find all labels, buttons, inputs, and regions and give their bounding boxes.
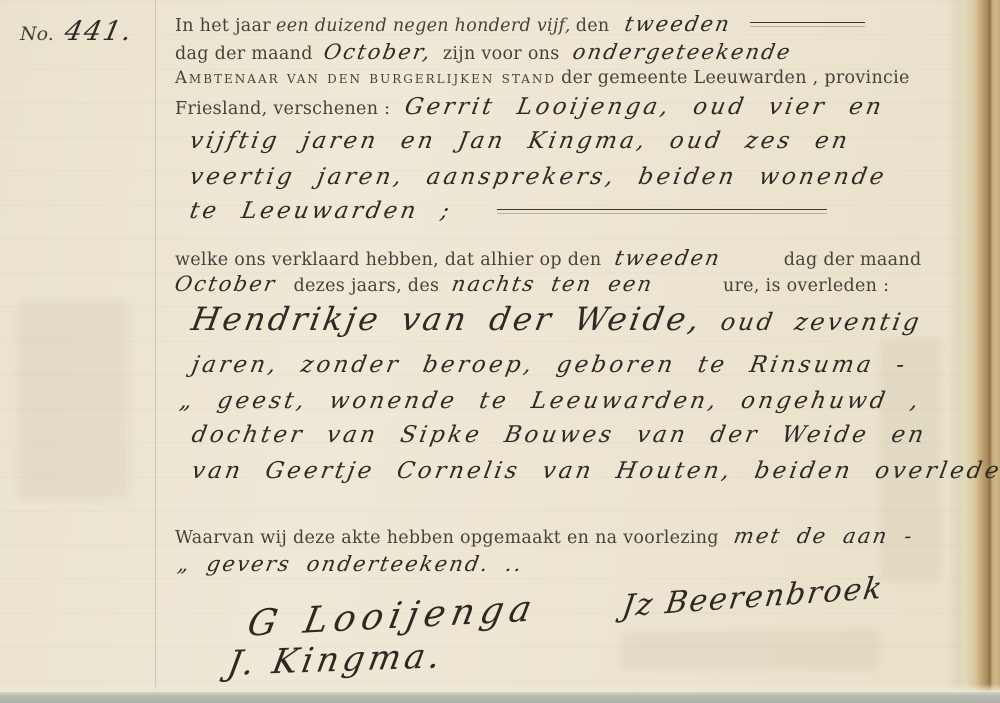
act-number-label: No. [20,23,54,45]
handwritten-undersigned: ondergeteekende [570,40,793,64]
handwritten-time: nachts ten een [450,272,656,296]
dash-flourish [497,209,827,214]
bleedthrough-smudge [18,300,128,500]
printed-text: Waarvan wij deze akte hebben opgemaakt e… [175,528,719,548]
bleedthrough-smudge [620,630,880,670]
handwritten-text: vijftig jaren en Jan Kingma, oud zes en [188,128,853,154]
printed-text: zijn voor ons [443,44,560,64]
handwritten-month: October, [322,40,434,64]
line-declarants-4: te Leeuwarden ; [190,198,827,224]
printed-text: ure, is overleden : [723,276,889,296]
line-deceased-5: van Geertje Cornelis van Houten, beiden … [192,458,1000,484]
printed-text: den [576,16,610,36]
handwritten-text: veertig jaren, aansprekers, beiden wonen… [188,164,889,190]
death-certificate-scan: No. 441. In het jaar een duizend negen h… [0,0,1000,703]
printed-text: welke ons verklaard hebben, dat alhier o… [175,250,601,270]
line-deceased-2: jaren, zonder beroep, geboren te Rinsuma… [192,352,907,378]
handwritten-day: tweeden [622,12,732,36]
handwritten-declarant1: Gerrit Looijenga, oud vier en [403,94,887,120]
page-bottom-edge [0,684,1000,692]
line-appeared: Friesland, verschenen : Gerrit Looijenga… [175,94,884,120]
margin-fold-line [155,0,157,703]
handwritten-text: jaren, zonder beroep, geboren te Rinsuma… [190,352,910,378]
signature-declarant-1: G Looijenga [244,588,541,645]
handwritten-month2: October [173,272,279,296]
line-declaration: welke ons verklaard hebben, dat alhier o… [175,246,921,270]
line-month: dag der maand October, zijn voor ons ond… [175,40,791,64]
printed-text: dag der maand [784,250,922,270]
signature-declarant-2: J. Kingma. [225,636,448,684]
line-declarants-3: veertig jaren, aansprekers, beiden wonen… [190,164,887,190]
handwritten-text: te Leeuwarden ; [188,198,455,224]
dash-flourish [750,22,865,27]
printed-text: In het jaar [175,16,271,36]
line-closing: Waarvan wij deze akte hebben opgemaakt e… [175,524,914,548]
handwritten-text: met de aan - [732,524,916,548]
printed-year-italic: een duizend negen honderd vijf, [276,16,571,36]
line-deceased-4: dochter van Sipke Bouwes van der Weide e… [192,422,926,448]
line-deceased-name: Hendrikje van der Weide, oud zeventig [192,300,922,338]
line-official: Ambtenaar van den burgerlijken stand der… [175,68,910,88]
signature-registrar: Jz Beerenbroek [620,571,886,625]
scan-table-strip [0,692,1000,703]
printed-text: der gemeente Leeuwarden , provincie [561,68,910,88]
handwritten-day2: tweeden [612,246,722,270]
act-number-value: 441. [62,16,137,47]
handwritten-text: van Geertje Cornelis van Houten, beiden … [190,458,1000,484]
handwritten-text: dochter van Sipke Bouwes van der Weide e… [190,422,929,448]
line-death-time: October dezes jaars, des nachts ten een … [175,272,889,296]
printed-text: Friesland, verschenen : [175,99,390,119]
act-number: No. 441. [20,16,133,47]
printed-text: dezes jaars, des [293,276,439,296]
line-year: In het jaar een duizend negen honderd vi… [175,12,865,36]
handwritten-text: „ gevers onderteekend. .. [176,552,526,576]
printed-official-title: Ambtenaar van den burgerlijken stand [175,68,556,87]
book-page-edges [948,0,1000,703]
handwritten-age: oud zeventig [718,308,924,336]
line-declarants-2: vijftig jaren en Jan Kingma, oud zes en [190,128,850,154]
line-closing-2: „ gevers onderteekend. .. [178,552,523,576]
handwritten-text: „ geest, wonende te Leeuwarden, ongehuwd… [178,388,924,414]
handwritten-deceased-name: Hendrikje van der Weide, [189,300,705,338]
printed-text: dag der maand [175,44,313,64]
line-deceased-3: „ geest, wonende te Leeuwarden, ongehuwd… [180,388,921,414]
